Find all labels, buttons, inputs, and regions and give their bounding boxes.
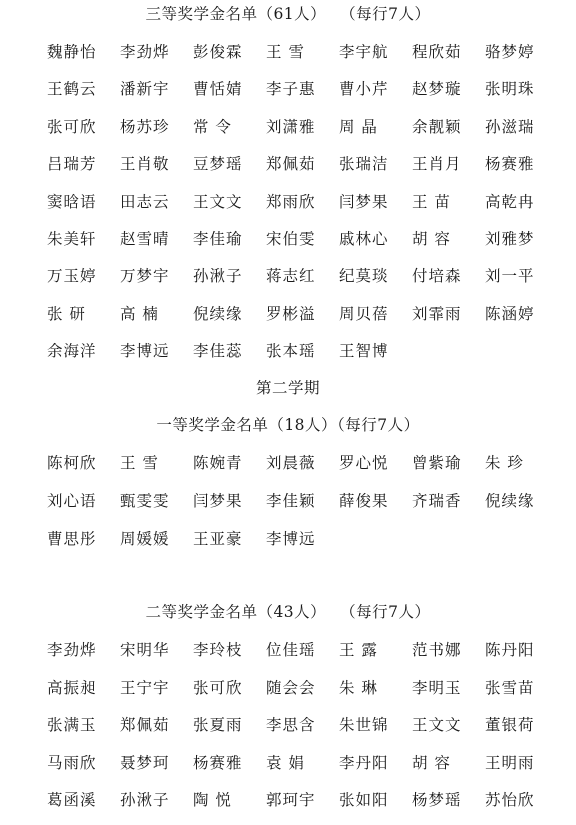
student-name: 魏静怡: [47, 40, 119, 64]
student-name: 张满玉: [47, 713, 119, 737]
name-row: 吕瑞芳王肖敬豆梦瑶郑佩茹张瑞洁王肖月杨赛雅: [0, 152, 576, 176]
student-name: 陶 悦: [193, 788, 265, 812]
student-name: 宋明华: [120, 638, 192, 662]
student-name: 孙滋瑞: [485, 115, 557, 139]
student-name: 豆梦瑶: [193, 152, 265, 176]
student-name: 潘新宇: [120, 77, 192, 101]
semester-label: 第二学期: [0, 376, 576, 400]
student-name: 郑雨欣: [266, 190, 338, 214]
student-name: 甄雯雯: [120, 489, 192, 513]
student-name: 苏怡欣: [485, 788, 557, 812]
student-name: 周 晶: [339, 115, 411, 139]
student-name: 李佳瑜: [193, 227, 265, 251]
student-name: 曹恬婧: [193, 77, 265, 101]
student-name: 张 研: [47, 302, 119, 326]
student-name: 薛俊果: [339, 489, 411, 513]
student-name: 张瑞洁: [339, 152, 411, 176]
student-name: 李博远: [120, 339, 192, 363]
student-name: 刘一平: [485, 264, 557, 288]
student-name: 赵梦璇: [412, 77, 484, 101]
second-prize-heading: 二等奖学金名单（43人）（每行7人）: [0, 600, 576, 624]
student-name: 高 楠: [120, 302, 192, 326]
name-row: 窦晗语田志云王文文郑雨欣闫梦果王 苗高乾冉: [0, 190, 576, 214]
student-name: 刘晨薇: [266, 451, 338, 475]
student-name: 付培森: [412, 264, 484, 288]
student-name: 李佳颖: [266, 489, 338, 513]
student-name: 张夏雨: [193, 713, 265, 737]
first-prize-heading: 一等奖学金名单（18人）（每行7人）: [0, 413, 576, 437]
student-name: 张明珠: [485, 77, 557, 101]
name-row: 刘心语甄雯雯闫梦果李佳颖薛俊果齐瑞香倪续缘: [0, 489, 576, 513]
student-name: 王 露: [339, 638, 411, 662]
student-name: 齐瑞香: [412, 489, 484, 513]
student-name: 余靓颖: [412, 115, 484, 139]
student-name: 王文文: [193, 190, 265, 214]
student-name: 胡 容: [412, 751, 484, 775]
name-row: 马雨欣聂梦珂杨赛雅袁 娟李丹阳胡 容王明雨: [0, 751, 576, 775]
student-name: 刘心语: [47, 489, 119, 513]
student-name: 随会会: [266, 676, 338, 700]
name-row: 葛函溪孙湫子陶 悦郭珂宇张如阳杨梦瑶苏怡欣: [0, 788, 576, 812]
name-row: 朱美轩赵雪晴李佳瑜宋伯雯戚林心胡 容刘雅梦: [0, 227, 576, 251]
student-name: 袁 娟: [266, 751, 338, 775]
student-name: 周贝蓓: [339, 302, 411, 326]
student-name: 李劲烨: [120, 40, 192, 64]
student-name: 王文文: [412, 713, 484, 737]
student-name: 范书娜: [412, 638, 484, 662]
student-name: 李劲烨: [47, 638, 119, 662]
student-name: 万玉婷: [47, 264, 119, 288]
student-name: 孙湫子: [120, 788, 192, 812]
student-name: 田志云: [120, 190, 192, 214]
name-row: 王鹤云潘新宇曹恬婧李子惠曹小芹赵梦璇张明珠: [0, 77, 576, 101]
student-name: 曹小芹: [339, 77, 411, 101]
student-name: 万梦宇: [120, 264, 192, 288]
student-name: 王宁宇: [120, 676, 192, 700]
student-name: 吕瑞芳: [47, 152, 119, 176]
student-name: 李思含: [266, 713, 338, 737]
first-prize-note: （每行7人）: [337, 416, 420, 434]
student-name: 刘霏雨: [412, 302, 484, 326]
student-name: 王亚豪: [193, 527, 265, 551]
name-row: 张可欣杨苏珍常 令刘潇雅周 晶余靓颖孙滋瑞: [0, 115, 576, 139]
student-name: 常 令: [193, 115, 265, 139]
student-name: 王智博: [339, 339, 411, 363]
student-name: 李丹阳: [339, 751, 411, 775]
student-name: 刘潇雅: [266, 115, 338, 139]
student-name: 位佳瑶: [266, 638, 338, 662]
student-name: 彭俊霖: [193, 40, 265, 64]
student-name: 高振昶: [47, 676, 119, 700]
student-name: 张可欣: [47, 115, 119, 139]
student-name: 葛函溪: [47, 788, 119, 812]
student-name: 王肖敬: [120, 152, 192, 176]
student-name: 聂梦珂: [120, 751, 192, 775]
student-name: 陈柯欣: [47, 451, 119, 475]
student-name: 李宇航: [339, 40, 411, 64]
student-name: 王肖月: [412, 152, 484, 176]
student-name: 蒋志红: [266, 264, 338, 288]
student-name: 张雪苗: [485, 676, 557, 700]
student-name: 罗心悦: [339, 451, 411, 475]
student-name: 孙湫子: [193, 264, 265, 288]
student-name: 王鹤云: [47, 77, 119, 101]
third-prize-note: （每行7人）: [340, 5, 430, 23]
student-name: 程欣茹: [412, 40, 484, 64]
student-name: 曾紫瑜: [412, 451, 484, 475]
name-row: 张满玉郑佩茹张夏雨李思含朱世锦王文文董银荷: [0, 713, 576, 737]
student-name: 杨赛雅: [485, 152, 557, 176]
student-name: 杨梦瑶: [412, 788, 484, 812]
student-name: 闫梦果: [339, 190, 411, 214]
student-name: 李玲枝: [193, 638, 265, 662]
name-row: 高振昶王宁宇张可欣随会会朱 琳李明玉张雪苗: [0, 676, 576, 700]
student-name: 朱世锦: [339, 713, 411, 737]
first-prize-title: 一等奖学金名单（18人）: [156, 416, 337, 434]
name-row: 余海洋李博远李佳蕊张本瑶王智博: [0, 339, 576, 363]
name-row: 万玉婷万梦宇孙湫子蒋志红纪莫琰付培森刘一平: [0, 264, 576, 288]
student-name: 曹思彤: [47, 527, 119, 551]
student-name: 宋伯雯: [266, 227, 338, 251]
student-name: 王 雪: [266, 40, 338, 64]
student-name: 陈婉青: [193, 451, 265, 475]
student-name: 杨赛雅: [193, 751, 265, 775]
third-prize-heading: 三等奖学金名单（61人）（每行7人）: [0, 2, 576, 26]
student-name: 李博远: [266, 527, 338, 551]
name-row: 陈柯欣王 雪陈婉青刘晨薇罗心悦曾紫瑜朱 珍: [0, 451, 576, 475]
student-name: 王 雪: [120, 451, 192, 475]
name-row: 曹思彤周媛媛王亚豪李博远: [0, 527, 576, 551]
student-name: 李子惠: [266, 77, 338, 101]
third-prize-title: 三等奖学金名单（61人）: [145, 5, 326, 23]
student-name: 倪续缘: [193, 302, 265, 326]
student-name: 周媛媛: [120, 527, 192, 551]
student-name: 陈涵婷: [485, 302, 557, 326]
student-name: 戚林心: [339, 227, 411, 251]
student-name: 张如阳: [339, 788, 411, 812]
second-prize-title: 二等奖学金名单（43人）: [145, 603, 326, 621]
student-name: 胡 容: [412, 227, 484, 251]
student-name: 张本瑶: [266, 339, 338, 363]
student-name: 骆梦婷: [485, 40, 557, 64]
student-name: 余海洋: [47, 339, 119, 363]
student-name: 郑佩茹: [120, 713, 192, 737]
name-row: 魏静怡李劲烨彭俊霖王 雪李宇航程欣茹骆梦婷: [0, 40, 576, 64]
student-name: 闫梦果: [193, 489, 265, 513]
student-name: 罗彬溢: [266, 302, 338, 326]
student-name: 董银荷: [485, 713, 557, 737]
student-name: 郑佩茹: [266, 152, 338, 176]
name-row: 张 研高 楠倪续缘罗彬溢周贝蓓刘霏雨陈涵婷: [0, 302, 576, 326]
student-name: 窦晗语: [47, 190, 119, 214]
student-name: 王明雨: [485, 751, 557, 775]
student-name: 朱 琳: [339, 676, 411, 700]
student-name: 纪莫琰: [339, 264, 411, 288]
student-name: 杨苏珍: [120, 115, 192, 139]
student-name: 陈丹阳: [485, 638, 557, 662]
name-row: 李劲烨宋明华李玲枝位佳瑶王 露范书娜陈丹阳: [0, 638, 576, 662]
student-name: 高乾冉: [485, 190, 557, 214]
student-name: 朱 珍: [485, 451, 557, 475]
student-name: 李佳蕊: [193, 339, 265, 363]
student-name: 赵雪晴: [120, 227, 192, 251]
student-name: 朱美轩: [47, 227, 119, 251]
second-prize-note: （每行7人）: [340, 603, 430, 621]
student-name: 刘雅梦: [485, 227, 557, 251]
student-name: 李明玉: [412, 676, 484, 700]
student-name: 张可欣: [193, 676, 265, 700]
student-name: 郭珂宇: [266, 788, 338, 812]
student-name: 王 苗: [412, 190, 484, 214]
student-name: 倪续缘: [485, 489, 557, 513]
student-name: 马雨欣: [47, 751, 119, 775]
